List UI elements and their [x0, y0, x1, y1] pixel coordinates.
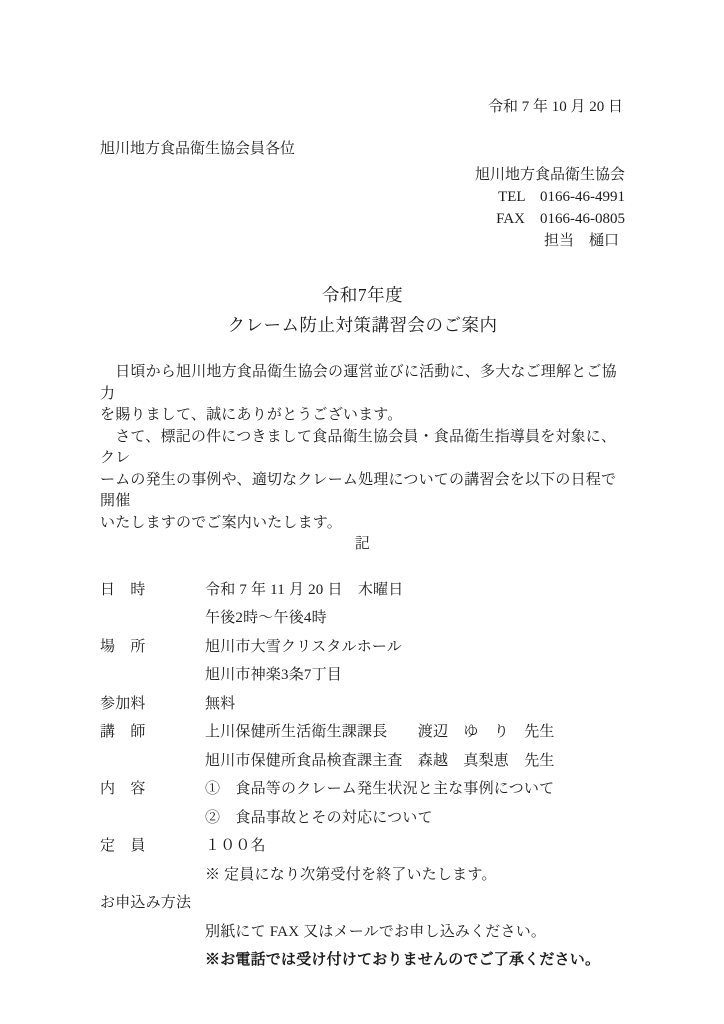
detail-label: 場 所	[100, 633, 205, 662]
document-page: 令和 7 年 10 月 20 日 旭川地方食品衛生協会員各位 旭川地方食品衛生協…	[0, 0, 724, 1024]
ki-marker: 記	[100, 534, 625, 556]
doc-title-year: 令和7年度	[100, 280, 625, 310]
document-content: 令和 7 年 10 月 20 日 旭川地方食品衛生協会員各位 旭川地方食品衛生協…	[0, 0, 724, 975]
sender-org: 旭川地方食品衛生協会	[100, 164, 625, 186]
doc-title: 令和7年度 クレーム防止対策講習会のご案内	[100, 280, 625, 340]
sender-tel: TEL 0166-46-4991	[100, 186, 625, 208]
detail-label: 参加料	[100, 690, 205, 719]
apply-instruction: 別紙にて FAX 又はメールでお申し込みください。	[205, 918, 625, 947]
apply-method-lines: 別紙にて FAX 又はメールでお申し込みください。 ※お電話では受け付けておりま…	[205, 918, 625, 975]
apply-phone-note: ※お電話では受け付けておりませんのでご了承ください。	[205, 946, 625, 975]
detail-row-fee: 参加料 無料	[100, 690, 625, 719]
detail-label: 日 時	[100, 576, 205, 605]
detail-line: ① 食品等のクレーム発生状況と主な事例について	[205, 775, 625, 804]
detail-row-datetime: 日 時 令和 7 年 11 月 20 日 木曜日 午後2時～午後4時	[100, 576, 625, 633]
detail-line: 上川保健所生活衛生課課長 渡辺 ゆ り 先生	[205, 718, 625, 747]
doc-title-main: クレーム防止対策講習会のご案内	[100, 310, 625, 340]
detail-line: ※ 定員になり次第受付を終了いたします。	[205, 861, 625, 890]
issue-date: 令和 7 年 10 月 20 日	[100, 96, 625, 118]
sender-fax: FAX 0166-46-0805	[100, 208, 625, 230]
sender-block: 旭川地方食品衛生協会 TEL 0166-46-4991 FAX 0166-46-…	[100, 164, 625, 252]
apply-method-label: お申込み方法	[100, 889, 625, 918]
details-list: 日 時 令和 7 年 11 月 20 日 木曜日 午後2時～午後4時 場 所 旭…	[100, 576, 625, 975]
sender-contact: 担当 樋口	[100, 230, 625, 252]
detail-row-capacity: 定 員 １００名 ※ 定員になり次第受付を終了いたします。	[100, 832, 625, 889]
detail-row-lecturer: 講 師 上川保健所生活衛生課課長 渡辺 ゆ り 先生 旭川市保健所食品検査課主査…	[100, 718, 625, 775]
detail-label: 内 容	[100, 775, 205, 804]
detail-line: 令和 7 年 11 月 20 日 木曜日	[205, 576, 625, 605]
detail-line: 旭川市神楽3条7丁目	[205, 661, 625, 690]
announcement-paragraph: さて、標記の件につきまして食品衛生協会員・食品衛生指導員を対象に、クレ ームの発…	[100, 427, 625, 535]
addressee: 旭川地方食品衛生協会員各位	[100, 138, 625, 160]
detail-line: 旭川市大雪クリスタルホール	[205, 633, 625, 662]
detail-label: 定 員	[100, 832, 205, 861]
detail-line: １００名	[205, 832, 625, 861]
detail-label: 講 師	[100, 718, 205, 747]
detail-row-content: 内 容 ① 食品等のクレーム発生状況と主な事例について ② 食品事故とその対応に…	[100, 775, 625, 832]
detail-line: 旭川市保健所食品検査課主査 森越 真梨恵 先生	[205, 747, 625, 776]
greeting-paragraph: 日頃から旭川地方食品衛生協会の運営並びに活動に、多大なご理解とご協力 を賜りまし…	[100, 362, 625, 427]
detail-line: ② 食品事故とその対応について	[205, 804, 625, 833]
detail-row-venue: 場 所 旭川市大雪クリスタルホール 旭川市神楽3条7丁目	[100, 633, 625, 690]
detail-line: 無料	[205, 690, 625, 719]
detail-line: 午後2時～午後4時	[205, 604, 625, 633]
